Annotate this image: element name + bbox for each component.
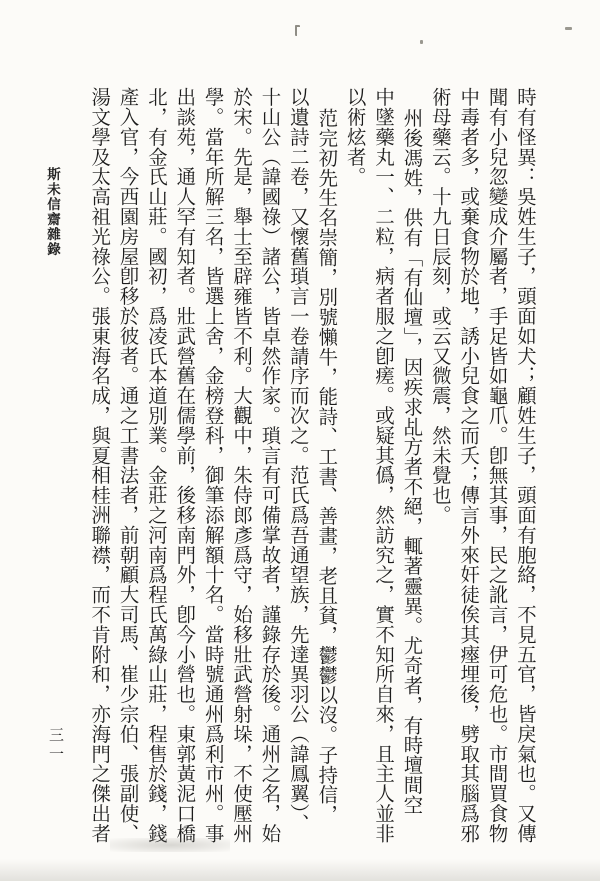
text-column: 學。當年所解三名，皆選上舍，金榜登科，御筆添解額十名。當時號通州爲利市州。事: [197, 87, 225, 867]
book-page: 斯未信齋雜錄 三一 時有怪異：吳姓生子，頭面如犬；顧姓生子，頭面有胞絡，不見五官…: [0, 0, 600, 881]
text-columns: 時有怪異：吳姓生子，頭面如犬；顧姓生子，頭面有胞絡，不見五官，皆戾氣也。又傳聞有…: [84, 87, 538, 867]
text-column: 術母藥云。十九日辰刻，或云又微震，然未覺也。: [424, 87, 452, 867]
text-column: 出談苑，通人罕有知者。壯武營舊在儒學前，後移南門外，卽今小營也。東郭黃泥口橋: [169, 87, 197, 867]
text-column: 湯文學及太高祖光祿公。張東海名成，與夏相桂洲聯襟，而不肯附和，亦海門之傑出者: [84, 87, 112, 867]
text-column: 州後馮姓，供有「有仙壇」，因疾求乩方者不絕，輒著靈異。尤奇者，有時壇間空: [396, 87, 424, 867]
scan-speck: [565, 27, 572, 30]
text-column: 中墜藥丸一、二粒，病者服之卽瘥。或疑其僞，然訪究之，實不知所自來，且主人並非: [368, 87, 396, 867]
running-title: 斯未信齋雜錄: [42, 167, 62, 257]
text-column: 以術炫者。: [339, 87, 367, 867]
scan-speck: [295, 25, 300, 36]
text-column: 聞有小兒忽變成介屬者，手足皆如龜爪。卽無其事，民之訛言，伊可危也。市間買食物: [481, 87, 509, 867]
text-column: 於宋。先是，舉士至辟雍皆不利。大觀中，朱侍郎彥爲守，始移壯武營射垛，不使壓州: [226, 87, 254, 867]
text-column: 北，有金氏山莊。國初，爲凌氏本道別業。金莊之河南爲程氏萬綠山莊，程售於錢，錢: [141, 87, 169, 867]
text-column: 十山公（諱國祿）諸公，皆卓然作家。瑣言有可備掌故者，謹錄存於後。通州之名，始: [254, 87, 282, 867]
text-column: 以遺詩二卷，又懷舊瑣言一卷請序而次之。范氏爲吾通望族，先達異羽公（諱鳳翼）、: [282, 87, 310, 867]
page-number: 三一: [45, 727, 66, 765]
text-column: 范完初先生名崇簡，別號懶牛，能詩、工書、善畫，老且貧，鬱鬱以沒。子持信，: [311, 87, 339, 867]
text-column: 時有怪異：吳姓生子，頭面如犬；顧姓生子，頭面有胞絡，不見五官，皆戾氣也。又傳: [510, 87, 538, 867]
text-column: 中毒者多，或棄食物於地，誘小兒食之而夭；傳言外來奸徒俟其瘞埋後，劈取其腦爲邪: [453, 87, 481, 867]
scan-speck: [420, 40, 423, 44]
text-column: 產入官，今西園房屋卽移於彼者。通之工書法者，前朝顧大司馬、崔少宗伯、張副使、: [112, 87, 140, 867]
